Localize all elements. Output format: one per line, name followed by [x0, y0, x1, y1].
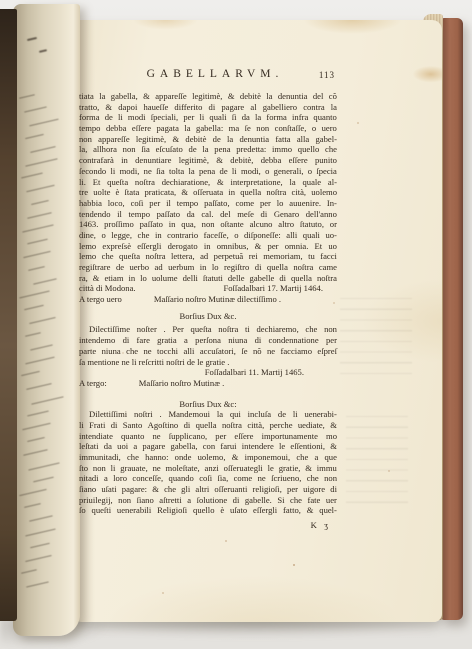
marginalia-line [26, 582, 49, 589]
marginalia-line [28, 266, 45, 271]
marginalia-line [25, 555, 52, 562]
marginalia-line [27, 239, 48, 245]
marginalia-line [26, 185, 55, 193]
text-line: Dilectiſſimenoſter.Perqueſtanoſtratidech… [79, 324, 337, 335]
facing-page [13, 4, 80, 636]
text-line: liFratidiSantoAgoſtinodiquellanoſtracitt… [79, 420, 337, 431]
page-header: GABELLARVM. 113 [79, 67, 337, 81]
marginalia-line [30, 344, 53, 351]
marginalia-line [27, 37, 37, 41]
text-column: tiatalagabella,&appareſſelegitimè,&debit… [79, 91, 337, 531]
book-gutter [0, 9, 17, 621]
marginalia-line [30, 543, 50, 549]
show-through-ghost [340, 298, 412, 382]
text-line: A tergo ueroMaſſario noſtro Mutinæ dilec… [79, 294, 337, 305]
text-line: intendiatequantoneſupplicano,pereſſereim… [79, 431, 337, 442]
marginalia-line [19, 291, 50, 299]
text-line: regiſtraredeuerboaduerbuminloregiſtrodiq… [79, 262, 337, 273]
text-line: città di Modona.Foſſadalbari 17. Martij … [79, 283, 337, 294]
line-gap [79, 389, 337, 399]
text-line: treuolteèſtatapraticata,&oſſeruatainquel… [79, 187, 337, 198]
marginalia-line [24, 107, 47, 114]
marginalia-line [25, 528, 56, 536]
foxing-specks [0, 0, 2, 2]
text-line: intendemodifaregratiaaperſonaniunadicond… [79, 335, 337, 346]
book-cover-edge [441, 18, 463, 620]
marginalia-line [25, 133, 44, 139]
marginalia-line [24, 503, 41, 508]
text-line: ſtononligrauate,nemoleſtate,anzioſſeruat… [79, 463, 337, 474]
marginalia-line [25, 357, 55, 365]
text-line: ſecondolimodi,neſiatoltalapenadelimodi,o… [79, 166, 337, 177]
facing-page-text [13, 4, 80, 636]
page-number: 113 [319, 70, 335, 81]
running-title: GABELLARVM. [79, 67, 337, 81]
text-line: lemoexpreſsèeſſergliderogatoinomnibus,&p… [79, 241, 337, 252]
marginalia-line [21, 569, 37, 574]
text-line: contrafaràindenuntiarelegitimè,&debitè,d… [79, 155, 337, 166]
book-photo: GABELLARVM. 113 tiatalagabella,&appareſſ… [0, 0, 472, 649]
section-heading: Borſius Dux &c: [79, 399, 337, 410]
marginalia-line [25, 158, 57, 167]
text-line: ra,&etiaminlouolumedelliſtatutidellegabe… [79, 273, 337, 284]
marginalia-line [33, 476, 54, 482]
marginalia-line [25, 332, 41, 337]
marginalia-line [29, 317, 56, 324]
text-line: dine,olegge,cheincontrariofaceſſe,odiſpo… [79, 230, 337, 241]
text-line: Dilettiſſiminoſtri.Mandemouilaquiincluſa… [79, 409, 337, 420]
marginalia-line [23, 251, 51, 259]
text-line: formadelimodiſpeciali,perliqualiſidalafo… [79, 112, 337, 123]
marginalia-line [29, 516, 53, 523]
text-line: tiatalagabella,&appareſſelegitimè,&debit… [79, 91, 337, 102]
show-through-ghost [346, 416, 408, 508]
marginalia-line [33, 278, 57, 285]
marginalia-line [31, 200, 49, 205]
marginalia-line [19, 94, 35, 99]
text-line: habbialoco,coſiperiltempopaſſato,comeper… [79, 198, 337, 209]
text-line: nonappareſſelegitimè,&debitèdeladenuntia… [79, 134, 337, 145]
marginalia-line [27, 212, 52, 219]
text-line: nitadialoroconceſſe,quandocoſiſia,comene… [79, 473, 337, 484]
signature-mark: K ʒ [79, 520, 337, 531]
text-line: tendendoiltempopaſſatodacal.delmeſediGen… [79, 209, 337, 220]
text-line: ſoqueſtiuenerabiliReligioſiquelloèuſatoe… [79, 505, 337, 516]
marginalia-line [29, 119, 59, 127]
marginalia-line [31, 396, 63, 405]
text-line: A tergo:Maſſario noſtro Mutinæ . [79, 378, 337, 389]
text-line: la,allhoranonſiaeſcuſatodelapenapredetta… [79, 144, 337, 155]
text-line: 1463.proſſimopaſſatoinqua,nonoſtantealcu… [79, 219, 337, 230]
marginalia-line [22, 423, 51, 431]
text-line: leſtatidauoiapagaregabella,confaruiinten… [79, 441, 337, 452]
marginalia-line [27, 437, 45, 442]
marginalia-line [28, 462, 59, 471]
text-line: parteniunachenetocchialliaccuſatori,ſenõ… [79, 346, 337, 357]
marginalia-line [24, 305, 44, 311]
text-line: priuilegij,nonſianoaſtrettiaſolutionedig… [79, 495, 337, 506]
text-line: li.Etqueſtanoſtradechiaratione,&interpre… [79, 177, 337, 188]
marginalia-line [26, 383, 52, 390]
marginalia-line [23, 450, 48, 457]
marginalia-line [21, 173, 43, 179]
text-line: tempodebbaeſſerepagatalagabella:maſenonc… [79, 123, 337, 134]
marginalia-line [19, 489, 47, 497]
section-heading: Borſius Dux &c. [79, 311, 337, 322]
text-line: ſa mentione ne li reſcritti noſtri de le… [79, 357, 337, 368]
marginalia-line [30, 146, 56, 153]
text-line: lemochequeſtanoſtralettera,adperpetuãrei… [79, 251, 337, 262]
marginalia-line [39, 49, 47, 53]
text-line: ſianouſatipagare:&cheglialtrioſſeruantir… [79, 484, 337, 495]
marginalia-line [21, 371, 40, 377]
text-line: immunitadi,chehanno:ondeuolemo,&imponemo… [79, 452, 337, 463]
marginalia-line [27, 410, 49, 416]
text-line: tratto,&dapoihaueſſedifferitodipagarealg… [79, 102, 337, 113]
marginalia-line [22, 224, 53, 233]
text-line: Foſſadalbari 11. Martij 1465. [79, 367, 337, 378]
